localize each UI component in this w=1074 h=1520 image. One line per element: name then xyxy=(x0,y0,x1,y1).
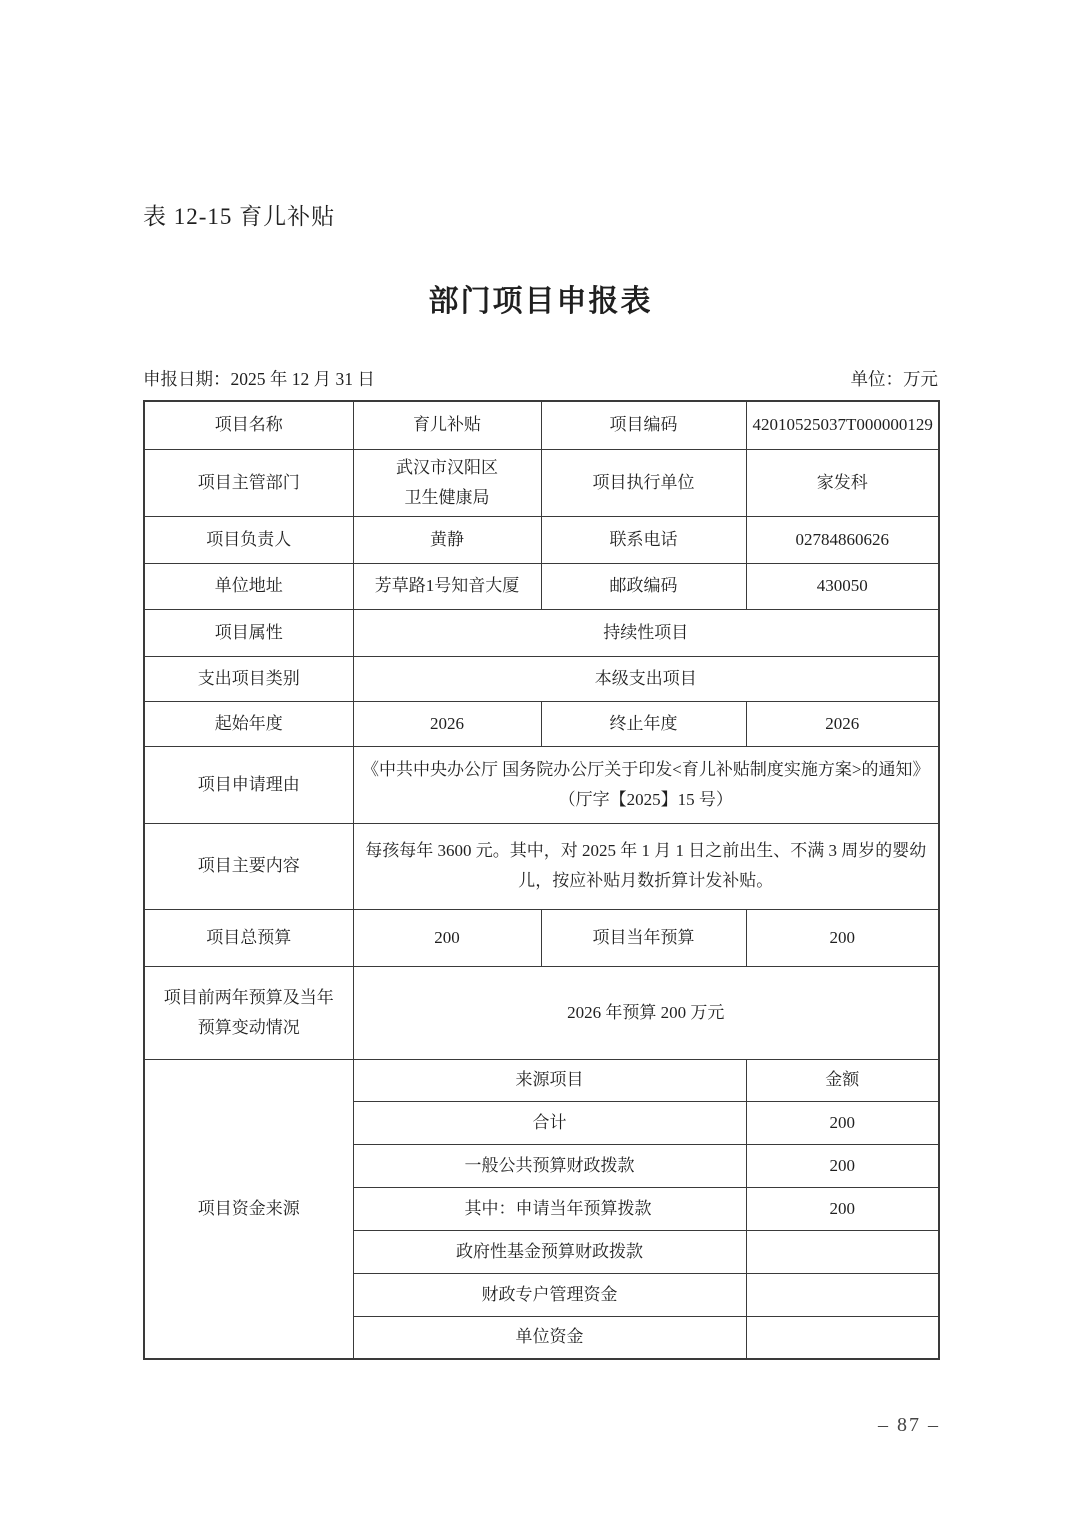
page-title: 部门项目申报表 xyxy=(143,276,938,320)
start-year-value: 2026 xyxy=(353,701,541,746)
prev-budget-value: 2026 年预算 200 万元 xyxy=(353,966,939,1059)
row-prev-budget: 项目前两年预算及当年 预算变动情况 2026 年预算 200 万元 xyxy=(144,966,939,1059)
phone-label: 联系电话 xyxy=(541,516,746,563)
funding-amount xyxy=(746,1230,939,1273)
reason-value: 《中共中央办公厅 国务院办公厅关于印发<育儿补贴制度实施方案>的通知》（厅字【2… xyxy=(353,746,939,823)
document-page: { "doc": { "caption": "表 12-15 育儿补贴", "t… xyxy=(0,0,1074,1520)
row-leader: 项目负责人 黄静 联系电话 02784860626 xyxy=(144,516,939,563)
end-year-label: 终止年度 xyxy=(541,701,746,746)
funding-source-header: 来源项目 xyxy=(353,1059,746,1101)
row-budget: 项目总预算 200 项目当年预算 200 xyxy=(144,909,939,966)
attribute-value: 持续性项目 xyxy=(353,609,939,656)
total-budget-value: 200 xyxy=(353,909,541,966)
project-code-value: 42010525037T000000129 xyxy=(746,401,939,449)
project-name-label: 项目名称 xyxy=(144,401,353,449)
year-budget-label: 项目当年预算 xyxy=(541,909,746,966)
funding-amount: 200 xyxy=(746,1101,939,1144)
funding-amount xyxy=(746,1273,939,1316)
table-caption: 表 12-15 育儿补贴 xyxy=(143,198,335,231)
prev-budget-label: 项目前两年预算及当年 预算变动情况 xyxy=(144,966,353,1059)
phone-value: 02784860626 xyxy=(746,516,939,563)
row-expense-type: 支出项目类别 本级支出项目 xyxy=(144,656,939,701)
dept-label: 项目主管部门 xyxy=(144,449,353,516)
postcode-label: 邮政编码 xyxy=(541,563,746,609)
project-application-table: 项目名称 育儿补贴 项目编码 42010525037T000000129 项目主… xyxy=(143,400,940,1360)
funding-amount: 200 xyxy=(746,1187,939,1230)
row-years: 起始年度 2026 终止年度 2026 xyxy=(144,701,939,746)
funding-source: 政府性基金预算财政拨款 xyxy=(353,1230,746,1273)
row-project-name: 项目名称 育儿补贴 项目编码 42010525037T000000129 xyxy=(144,401,939,449)
funding-amount xyxy=(746,1316,939,1359)
row-funding-header: 项目资金来源 来源项目 金额 xyxy=(144,1059,939,1101)
funding-source: 单位资金 xyxy=(353,1316,746,1359)
project-code-label: 项目编码 xyxy=(541,401,746,449)
address-label: 单位地址 xyxy=(144,563,353,609)
funding-source: 一般公共预算财政拨款 xyxy=(353,1144,746,1187)
content-label: 项目主要内容 xyxy=(144,823,353,909)
row-dept: 项目主管部门 武汉市汉阳区 卫生健康局 项目执行单位 家发科 xyxy=(144,449,939,516)
meta-row: 申报日期：2025 年 12 月 31 日 单位：万元 xyxy=(143,366,938,391)
funding-label: 项目资金来源 xyxy=(144,1059,353,1359)
expense-type-value: 本级支出项目 xyxy=(353,656,939,701)
funding-amount-header: 金额 xyxy=(746,1059,939,1101)
row-attribute: 项目属性 持续性项目 xyxy=(144,609,939,656)
row-reason: 项目申请理由 《中共中央办公厅 国务院办公厅关于印发<育儿补贴制度实施方案>的通… xyxy=(144,746,939,823)
postcode-value: 430050 xyxy=(746,563,939,609)
funding-source: 合计 xyxy=(353,1101,746,1144)
funding-amount: 200 xyxy=(746,1144,939,1187)
page-number: – 87 – xyxy=(878,1414,940,1437)
exec-unit-label: 项目执行单位 xyxy=(541,449,746,516)
unit-label: 单位：万元 xyxy=(851,366,939,391)
leader-label: 项目负责人 xyxy=(144,516,353,563)
address-value: 芳草路1号知音大厦 xyxy=(353,563,541,609)
project-name-value: 育儿补贴 xyxy=(353,401,541,449)
expense-type-label: 支出项目类别 xyxy=(144,656,353,701)
row-content: 项目主要内容 每孩每年 3600 元。其中，对 2025 年 1 月 1 日之前… xyxy=(144,823,939,909)
row-address: 单位地址 芳草路1号知音大厦 邮政编码 430050 xyxy=(144,563,939,609)
start-year-label: 起始年度 xyxy=(144,701,353,746)
exec-unit-value: 家发科 xyxy=(746,449,939,516)
dept-value: 武汉市汉阳区 卫生健康局 xyxy=(353,449,541,516)
declare-date: 申报日期：2025 年 12 月 31 日 xyxy=(143,366,375,391)
funding-source: 财政专户管理资金 xyxy=(353,1273,746,1316)
reason-label: 项目申请理由 xyxy=(144,746,353,823)
attribute-label: 项目属性 xyxy=(144,609,353,656)
funding-source: 其中：申请当年预算拨款 xyxy=(353,1187,746,1230)
content-value: 每孩每年 3600 元。其中，对 2025 年 1 月 1 日之前出生、不满 3… xyxy=(353,823,939,909)
year-budget-value: 200 xyxy=(746,909,939,966)
total-budget-label: 项目总预算 xyxy=(144,909,353,966)
leader-value: 黄静 xyxy=(353,516,541,563)
end-year-value: 2026 xyxy=(746,701,939,746)
